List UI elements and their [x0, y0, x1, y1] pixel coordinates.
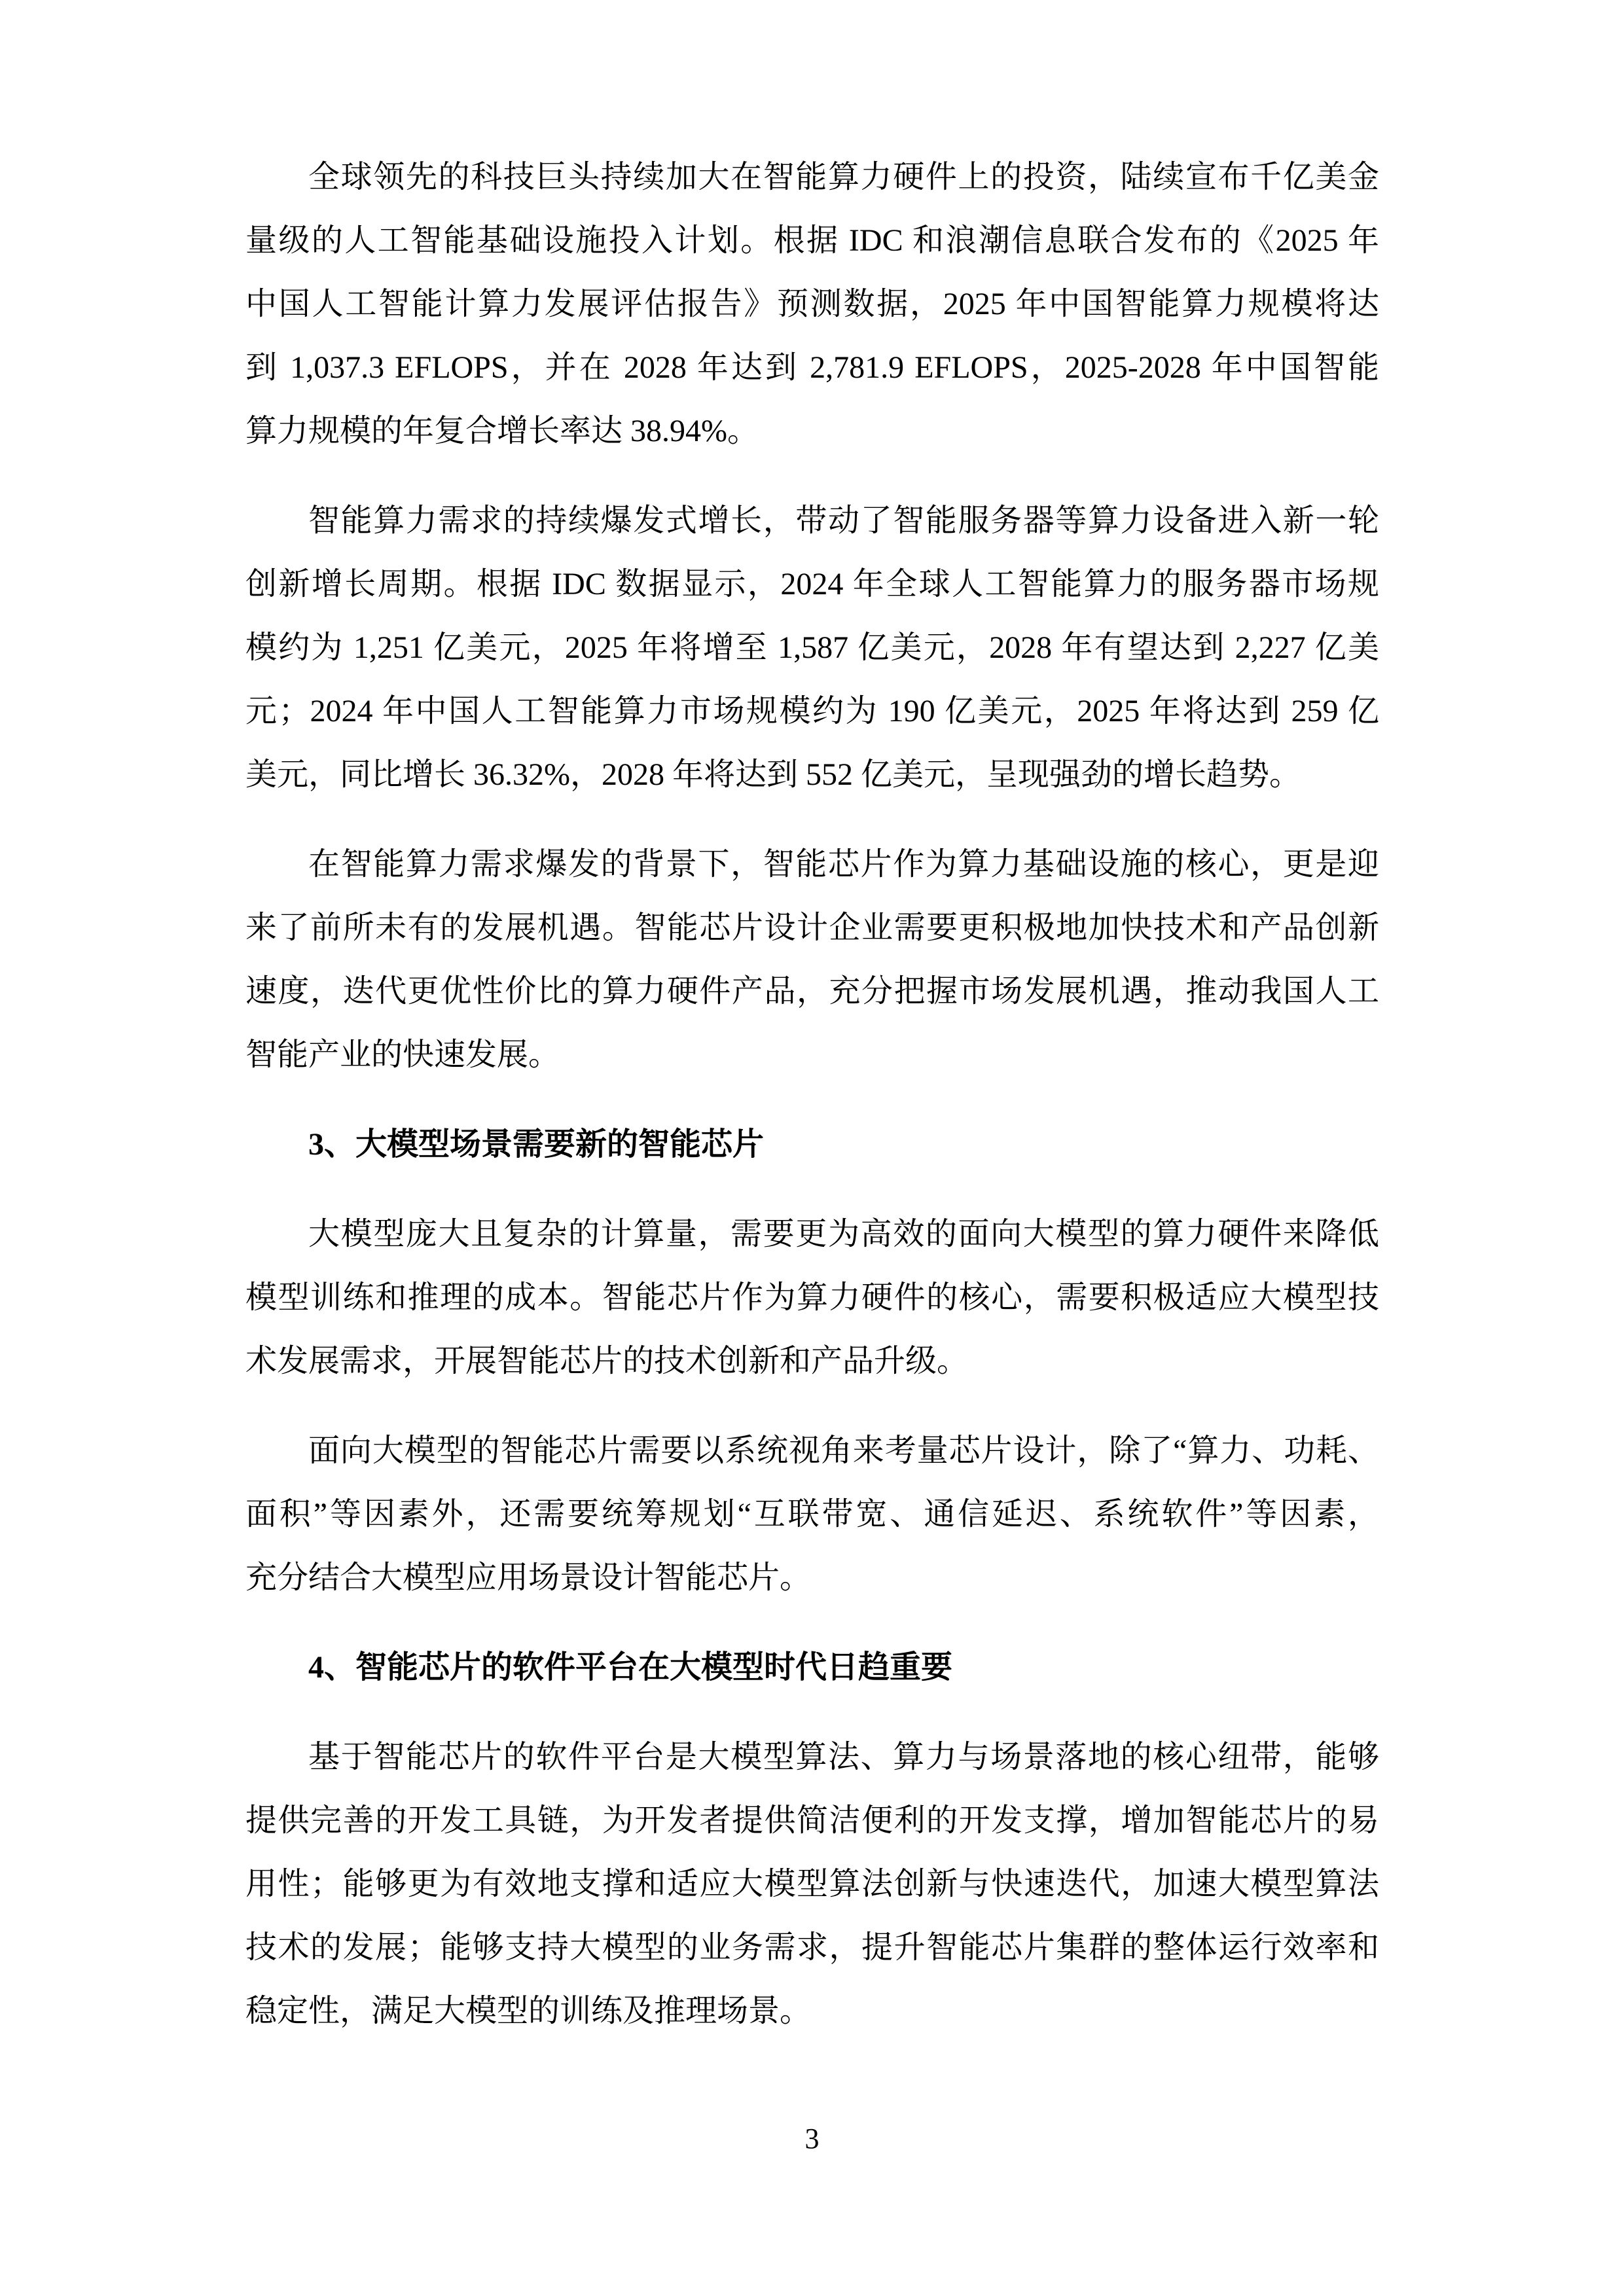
paragraph-line: 充分结合大模型应用场景设计智能芯片。	[245, 1546, 1379, 1609]
paragraph-line: 稳定性，满足大模型的训练及推理场景。	[245, 1979, 1379, 2043]
paragraph-5: 面向大模型的智能芯片需要以系统视角来考量芯片设计，除了“算力、功耗、 面积”等因…	[245, 1419, 1379, 1609]
paragraph-line: 到 1,037.3 EFLOPS，并在 2028 年达到 2,781.9 EFL…	[245, 336, 1379, 399]
paragraph-4: 大模型庞大且复杂的计算量，需要更为高效的面向大模型的算力硬件来降低 模型训练和推…	[245, 1202, 1379, 1393]
paragraph-line: 技术的发展；能够支持大模型的业务需求，提升智能芯片集群的整体运行效率和	[245, 1916, 1379, 1979]
section-heading-3: 3、大模型场景需要新的智能芯片	[245, 1113, 1379, 1176]
paragraph-line: 面向大模型的智能芯片需要以系统视角来考量芯片设计，除了“算力、功耗、	[245, 1419, 1379, 1482]
paragraph-2: 智能算力需求的持续爆发式增长，带动了智能服务器等算力设备进入新一轮 创新增长周期…	[245, 489, 1379, 806]
paragraph-line: 大模型庞大且复杂的计算量，需要更为高效的面向大模型的算力硬件来降低	[245, 1202, 1379, 1266]
paragraph-line: 创新增长周期。根据 IDC 数据显示，2024 年全球人工智能算力的服务器市场规	[245, 552, 1379, 616]
paragraph-line: 算力规模的年复合增长率达 38.94%。	[245, 399, 1379, 463]
paragraph-line: 在智能算力需求爆发的背景下，智能芯片作为算力基础设施的核心，更是迎	[245, 833, 1379, 896]
paragraph-line: 用性；能够更为有效地支撑和适应大模型算法创新与快速迭代，加速大模型算法	[245, 1852, 1379, 1916]
paragraph-line: 量级的人工智能基础设施投入计划。根据 IDC 和浪潮信息联合发布的《2025 年	[245, 209, 1379, 272]
document-content: 全球领先的科技巨头持续加大在智能算力硬件上的投资，陆续宣布千亿美金 量级的人工智…	[245, 145, 1379, 2069]
paragraph-line: 术发展需求，开展智能芯片的技术创新和产品升级。	[245, 1329, 1379, 1393]
paragraph-line: 中国人工智能计算力发展评估报告》预测数据，2025 年中国智能算力规模将达	[245, 272, 1379, 336]
paragraph-3: 在智能算力需求爆发的背景下，智能芯片作为算力基础设施的核心，更是迎 来了前所未有…	[245, 833, 1379, 1086]
paragraph-line: 提供完善的开发工具链，为开发者提供简洁便利的开发支撑，增加智能芯片的易	[245, 1789, 1379, 1852]
document-page: 全球领先的科技巨头持续加大在智能算力硬件上的投资，陆续宣布千亿美金 量级的人工智…	[0, 0, 1624, 2296]
paragraph-line: 速度，迭代更优性价比的算力硬件产品，充分把握市场发展机遇，推动我国人工	[245, 960, 1379, 1023]
paragraph-line: 智能产业的快速发展。	[245, 1023, 1379, 1086]
paragraph-line: 美元，同比增长 36.32%，2028 年将达到 552 亿美元，呈现强劲的增长…	[245, 743, 1379, 806]
paragraph-1: 全球领先的科技巨头持续加大在智能算力硬件上的投资，陆续宣布千亿美金 量级的人工智…	[245, 145, 1379, 463]
section-heading-4: 4、智能芯片的软件平台在大模型时代日趋重要	[245, 1636, 1379, 1699]
paragraph-line: 来了前所未有的发展机遇。智能芯片设计企业需要更积极地加快技术和产品创新	[245, 896, 1379, 960]
paragraph-line: 元；2024 年中国人工智能算力市场规模约为 190 亿美元，2025 年将达到…	[245, 679, 1379, 743]
paragraph-line: 面积”等因素外，还需要统筹规划“互联带宽、通信延迟、系统软件”等因素，	[245, 1482, 1379, 1546]
paragraph-line: 模型训练和推理的成本。智能芯片作为算力硬件的核心，需要积极适应大模型技	[245, 1266, 1379, 1329]
paragraph-6: 基于智能芯片的软件平台是大模型算法、算力与场景落地的核心纽带，能够 提供完善的开…	[245, 1725, 1379, 2043]
page-number: 3	[0, 2119, 1624, 2159]
paragraph-line: 智能算力需求的持续爆发式增长，带动了智能服务器等算力设备进入新一轮	[245, 489, 1379, 552]
paragraph-line: 全球领先的科技巨头持续加大在智能算力硬件上的投资，陆续宣布千亿美金	[245, 145, 1379, 209]
paragraph-line: 基于智能芯片的软件平台是大模型算法、算力与场景落地的核心纽带，能够	[245, 1725, 1379, 1789]
paragraph-line: 模约为 1,251 亿美元，2025 年将增至 1,587 亿美元，2028 年…	[245, 616, 1379, 679]
